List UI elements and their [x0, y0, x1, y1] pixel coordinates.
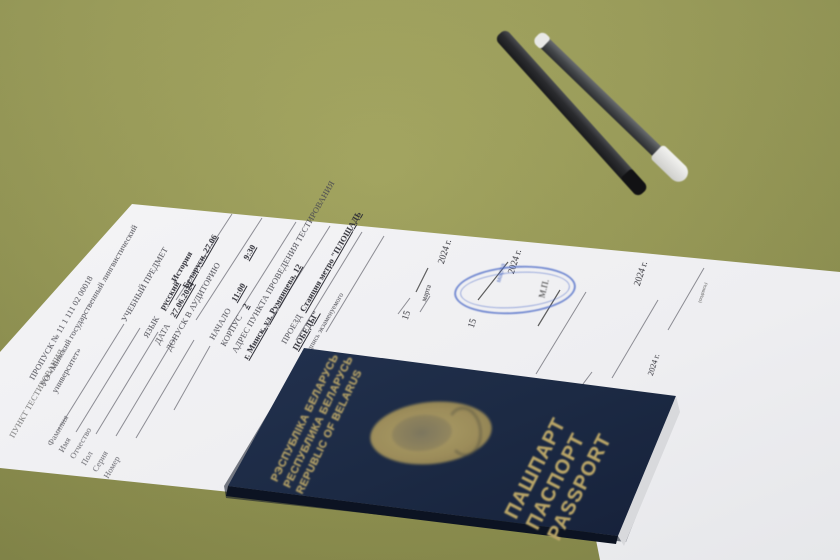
photo-scene: ПРОПУСК № 11 1 111 02 00018 УО «Минский … [0, 0, 840, 560]
passport-cover [0, 0, 840, 560]
